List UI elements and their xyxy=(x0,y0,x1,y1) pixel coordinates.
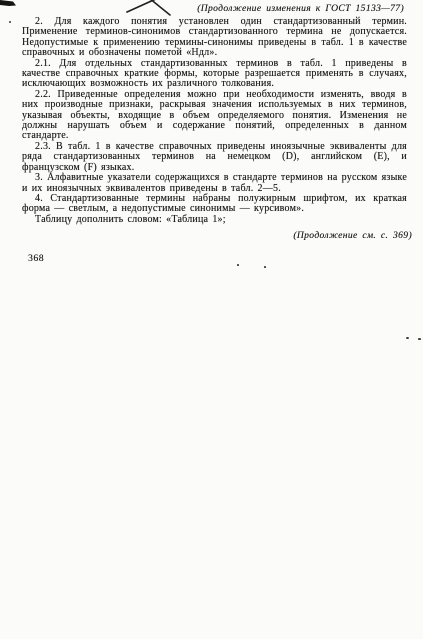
paragraph-2-2: 2.2. Приведенные определения можно при н… xyxy=(22,90,407,142)
page-number: 368 xyxy=(28,253,423,264)
paragraph-4: 4. Стандартизованные термины набраны пол… xyxy=(22,194,407,215)
document-body: 2. Для каждого понятия установлен один с… xyxy=(22,17,407,225)
scan-speck xyxy=(237,264,239,266)
paragraph-3: 3. Алфавитные указатели содержащихся в с… xyxy=(22,173,407,194)
scan-speck xyxy=(406,337,409,339)
paragraph-2-3: 2.3. В табл. 1 в качестве справочных при… xyxy=(22,142,407,173)
document-page: (Продолжение изменения к ГОСТ 15133—77) … xyxy=(0,0,423,639)
paragraph-2-1: 2.1. Для отдельных стандартизованных тер… xyxy=(22,59,407,90)
scan-speck xyxy=(9,21,11,23)
continuation-note: (Продолжение см. с. 369) xyxy=(0,230,412,241)
paragraph-2: 2. Для каждого понятия установлен один с… xyxy=(22,17,407,59)
scan-speck xyxy=(418,338,421,340)
header-note: (Продолжение изменения к ГОСТ 15133—77) xyxy=(0,3,404,14)
scan-speck xyxy=(264,266,266,268)
paragraph-table-note: Таблицу дополнить словом: «Таблица 1»; xyxy=(22,215,407,225)
